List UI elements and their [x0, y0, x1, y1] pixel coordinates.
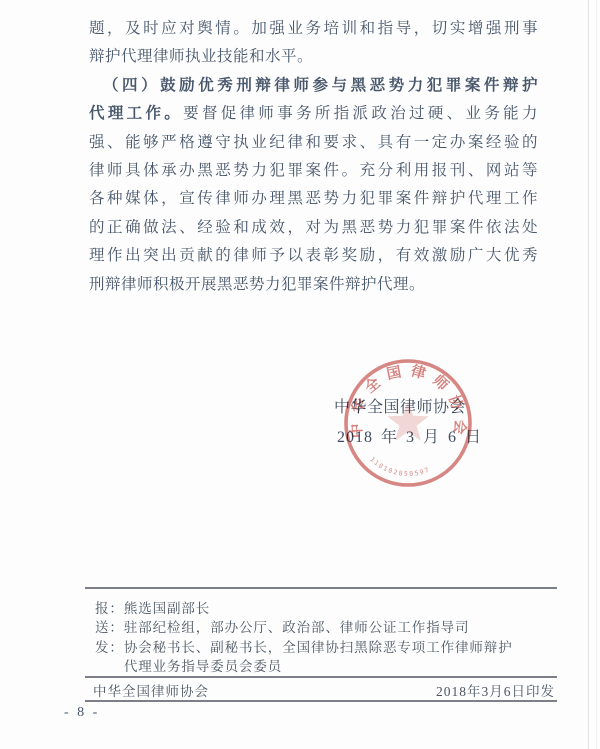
scan-edge-line	[588, 0, 589, 749]
distribution-content: 协会秘书长、副秘书长，全国律协扫黑除恶专项工作律师辩护代理业务指导委员会委员	[124, 638, 520, 677]
colophon-org: 中华全国律师协会	[85, 680, 209, 700]
svg-text:110102050597: 110102050597	[368, 455, 431, 478]
body-text: 题，及时应对舆情。加强业务培训和指导，切实增强刑事辩护代理律师执业技能和水平。（…	[89, 15, 538, 299]
body-line: 代理工作。要督促律师事务所指派政治过硬、业务能力	[89, 100, 538, 128]
divider-bottom	[85, 700, 557, 702]
distribution-row: 报：熊选国副部长	[95, 599, 557, 618]
divider-top	[85, 587, 557, 589]
distribution-label: 送：	[95, 618, 124, 637]
colophon-printed: 2018年3月6日印发	[436, 680, 557, 700]
body-line: （四）鼓励优秀刑辩律师参与黑恶势力犯罪案件辩护	[89, 72, 538, 100]
distribution-content: 熊选国副部长	[124, 599, 520, 618]
body-line: 强、能够严格遵守执业纪律和要求、具有一定办案经验的	[89, 129, 538, 157]
distribution-block: 报：熊选国副部长送：驻部纪检组，部办公厅、政治部、律师公证工作指导司发：协会秘书…	[95, 599, 557, 676]
signature-date: 2018 年 3 月 6 日	[337, 424, 482, 447]
body-line: 刑辩律师积极开展黑恶势力犯罪案件辩护代理。	[89, 271, 538, 299]
body-line: 题，及时应对舆情。加强业务培训和指导，切实增强刑事	[89, 15, 538, 43]
divider-middle	[85, 676, 557, 678]
seal-serial-number: 110102050597	[368, 455, 431, 478]
body-line: 律师具体承办黑恶势力犯罪案件。充分利用报刊、网站等	[89, 157, 538, 185]
distribution-row: 发：协会秘书长、副秘书长，全国律协扫黑除恶专项工作律师辩护代理业务指导委员会委员	[95, 638, 557, 677]
signature-org: 中华全国律师协会	[334, 394, 466, 417]
distribution-content: 驻部纪检组，部办公厅、政治部、律师公证工作指导司	[124, 618, 520, 637]
body-line: 的正确做法、经验和成效，对为黑恶势力犯罪案件依法处	[89, 214, 538, 242]
document-page: 题，及时应对舆情。加强业务培训和指导，切实增强刑事辩护代理律师执业技能和水平。（…	[0, 0, 600, 749]
distribution-label: 发：	[95, 638, 124, 677]
distribution-row: 送：驻部纪检组，部办公厅、政治部、律师公证工作指导司	[95, 618, 557, 637]
scan-edge-line	[596, 0, 597, 749]
body-line: 理作出突出贡献的律师予以表彰奖励，有效激励广大优秀	[89, 242, 538, 270]
distribution-label: 报：	[95, 599, 124, 618]
body-line: 辩护代理律师执业技能和水平。	[89, 43, 538, 71]
official-seal: 中华全国律师协会 110102050597	[333, 348, 483, 498]
seal-ring	[346, 361, 470, 485]
body-line: 各种媒体，宣传律师办理黑恶势力犯罪案件辩护代理工作	[89, 185, 538, 213]
colophon-row: 中华全国律师协会 2018年3月6日印发	[85, 680, 557, 700]
page-number: - 8 -	[64, 705, 100, 721]
